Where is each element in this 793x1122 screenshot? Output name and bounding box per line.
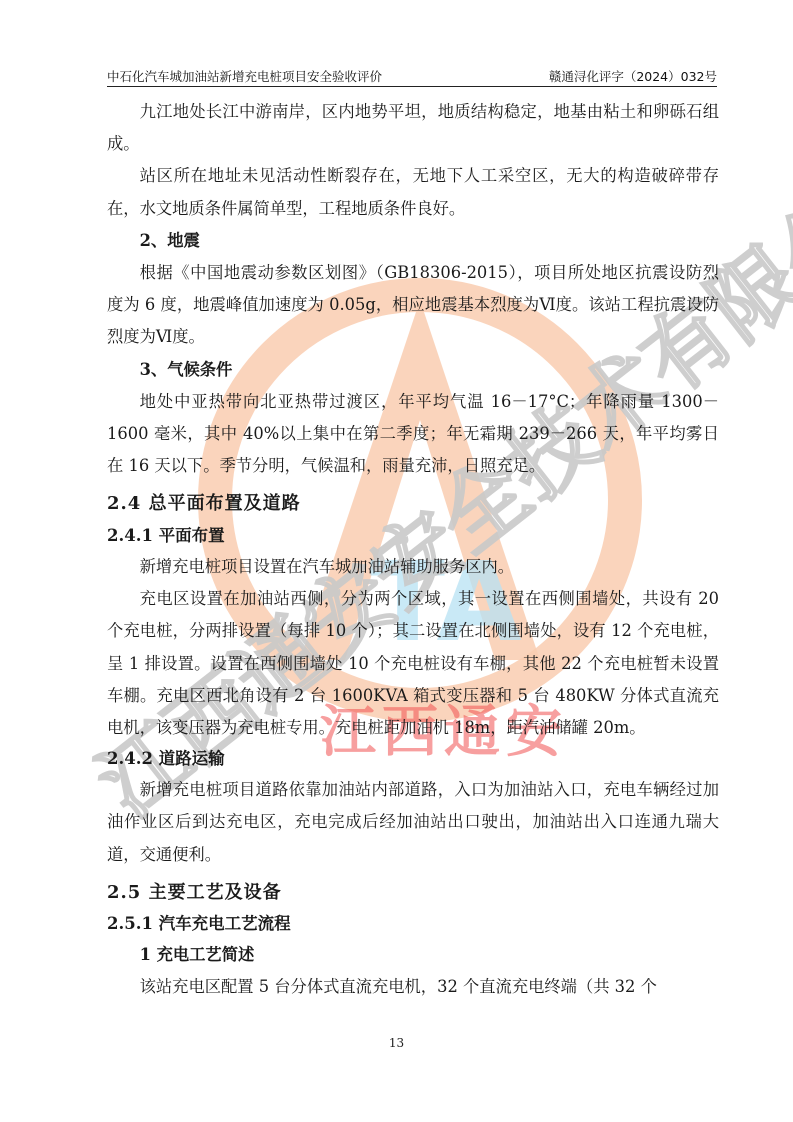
paragraph-road: 新增充电桩项目道路依靠加油站内部道路，入口为加油站入口，充电车辆经过加油作业区后… — [107, 774, 719, 871]
document-body: 九江地处长江中游南岸，区内地势平坦，地质结构稳定，地基由粘土和卵砾石组成。 站区… — [107, 96, 719, 1004]
paragraph-layout-intro: 新增充电桩项目设置在汽车城加油站辅助服务区内。 — [107, 551, 719, 583]
heading-2-5: 2.5 主要工艺及设备 — [107, 877, 719, 910]
heading-2-4-1: 2.4.1 平面布置 — [107, 521, 719, 551]
document-title: 中石化汽车城加油站新增充电桩项目安全验收评价 — [107, 68, 382, 86]
paragraph-charging: 该站充电区配置 5 台分体式直流充电机，32 个直流充电终端（共 32 个 — [107, 971, 719, 1003]
paragraph-fault: 站区所在地址未见活动性断裂存在，无地下人工采空区，无大的构造破碎带存在，水文地质… — [107, 160, 719, 224]
paragraph-climate: 地处中亚热带向北亚热带过渡区，年平均气温 16－17°C；年降雨量 1300－1… — [107, 386, 719, 483]
heading-charging-process: 1 充电工艺简述 — [107, 939, 719, 971]
heading-2-5-1: 2.5.1 汽车充电工艺流程 — [107, 909, 719, 939]
paragraph-earthquake: 根据《中国地震动参数区划图》（GB18306-2015），项目所处地区抗震设防烈… — [107, 257, 719, 354]
page-number: 13 — [0, 1036, 793, 1050]
paragraph-layout-detail: 充电区设置在加油站西侧，分为两个区域，其一设置在西侧围墙处，共设有 20 个充电… — [107, 583, 719, 744]
heading-earthquake: 2、地震 — [107, 225, 719, 257]
heading-climate: 3、气候条件 — [107, 354, 719, 386]
heading-2-4-2: 2.4.2 道路运输 — [107, 744, 719, 774]
page-header: 中石化汽车城加油站新增充电桩项目安全验收评价 赣通浔化评字（2024）032号 — [107, 66, 717, 87]
heading-2-4: 2.4 总平面布置及道路 — [107, 488, 719, 521]
paragraph-geology: 九江地处长江中游南岸，区内地势平坦，地质结构稳定，地基由粘土和卵砾石组成。 — [107, 96, 719, 160]
document-number: 赣通浔化评字（2024）032号 — [549, 68, 717, 86]
